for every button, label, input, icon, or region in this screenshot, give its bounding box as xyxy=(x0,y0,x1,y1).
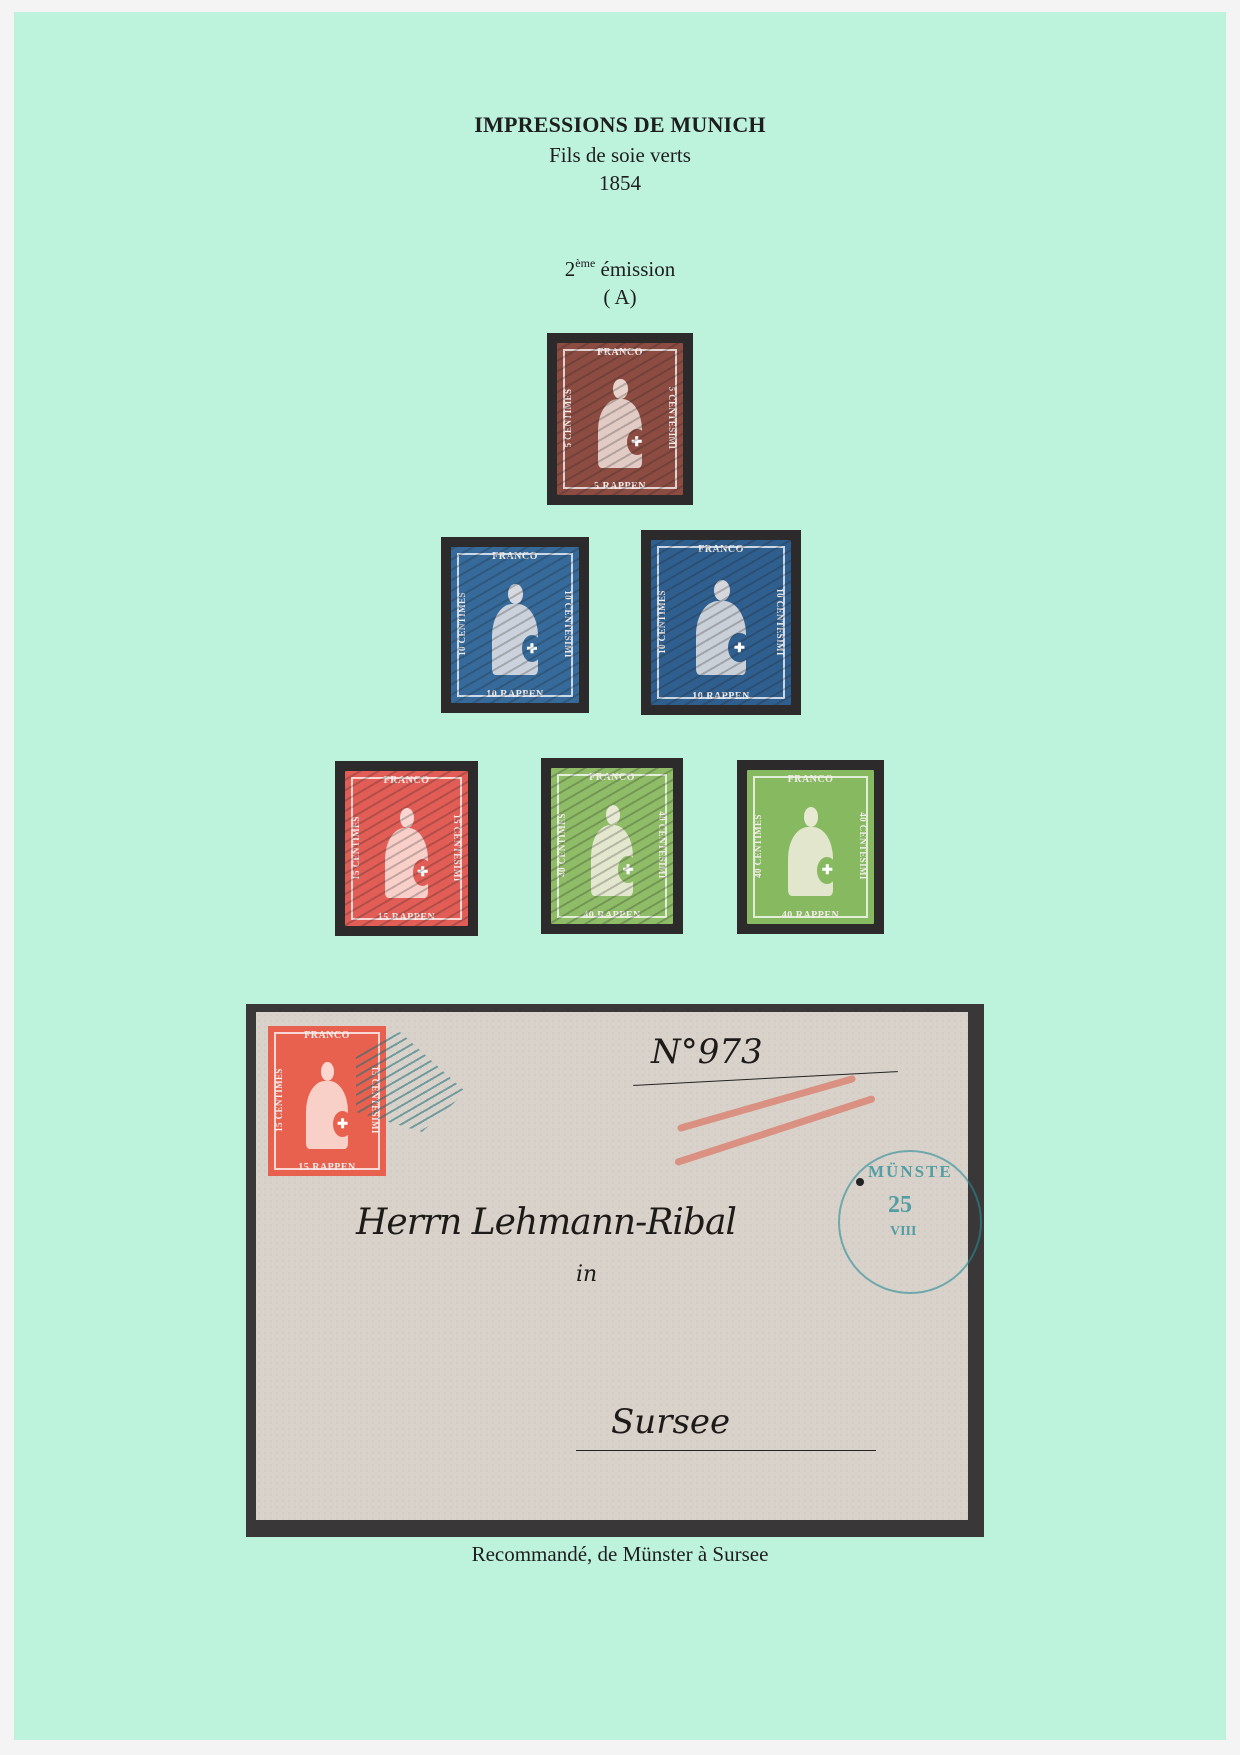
registration-number: N°973 xyxy=(651,1032,763,1072)
address-in: in xyxy=(576,1262,597,1287)
emission-number: 2 xyxy=(565,257,576,281)
grid-cancel-mark xyxy=(651,540,791,705)
registered-cover: FRANCO 15 CENTIMES 15 CENTESIMI ✚ 15 RAP… xyxy=(256,1012,968,1520)
emission-sup: ème xyxy=(575,256,595,270)
page-year: 1854 xyxy=(0,171,1240,196)
stamp-left-label: 15 CENTIMES xyxy=(274,1045,284,1155)
stamp-mount: FRANCO 40 CENTIMES 40 CENTESIMI ✚ 40 RAP… xyxy=(737,760,884,934)
helvetia-figure-icon: ✚ xyxy=(783,807,839,896)
stamp: FRANCO 10 CENTIMES 10 CENTESIMI ✚ 10 RAP… xyxy=(651,540,791,705)
grid-cancel-mark xyxy=(345,771,468,926)
stamp-value-label: 40 RAPPEN xyxy=(747,910,874,921)
postmark-town: MÜNSTE xyxy=(868,1162,953,1182)
emission-type: ( A) xyxy=(0,285,1240,310)
stamp-franco-label: FRANCO xyxy=(268,1030,386,1041)
stamp-left-label: 40 CENTIMES xyxy=(753,791,763,901)
swiss-cross-icon: ✚ xyxy=(333,1111,352,1137)
postmark: MÜNSTE 25 VIII xyxy=(838,1150,982,1294)
page-subtitle: Fils de soie verts xyxy=(0,143,1240,168)
cover-caption: Recommandé, de Münster à Sursee xyxy=(0,1542,1240,1567)
stamp: FRANCO 40 CENTIMES 40 CENTESIMI ✚ 40 RAP… xyxy=(551,768,673,924)
stamp: FRANCO 15 CENTIMES 15 CENTESIMI ✚ 15 RAP… xyxy=(345,771,468,926)
stamp-mount: FRANCO 10 CENTIMES 10 CENTESIMI ✚ 10 RAP… xyxy=(441,537,589,713)
grid-cancel-mark xyxy=(356,1032,466,1132)
page-title: IMPRESSIONS DE MUNICH xyxy=(0,112,1240,138)
stamp-mount: FRANCO 15 CENTIMES 15 CENTESIMI ✚ 15 RAP… xyxy=(335,761,478,936)
stamp-right-label: 40 CENTESIMI xyxy=(858,791,868,901)
postmark-month: VIII xyxy=(890,1224,916,1240)
address-line: Herrn Lehmann-Ribal xyxy=(356,1202,736,1243)
stamp-mount: FRANCO 40 CENTIMES 40 CENTESIMI ✚ 40 RAP… xyxy=(541,758,683,934)
postmark-day: 25 xyxy=(888,1192,912,1219)
stamp-value-label: 15 RAPPEN xyxy=(268,1162,386,1173)
grid-cancel-mark xyxy=(451,547,579,703)
helvetia-figure-icon: ✚ xyxy=(301,1062,353,1149)
red-crayon-mark xyxy=(674,1095,876,1167)
underline xyxy=(576,1450,876,1451)
emission-heading: 2ème émission xyxy=(0,256,1240,282)
red-crayon-mark xyxy=(677,1075,857,1133)
underline xyxy=(633,1071,898,1086)
stamp: FRANCO 10 CENTIMES 10 CENTESIMI ✚ 10 RAP… xyxy=(451,547,579,703)
stamp-mount: FRANCO 5 CENTIMES 5 CENTESIMI ✚ 5 RAPPEN xyxy=(547,333,693,505)
emission-label: émission xyxy=(601,257,676,281)
stamp-mount: FRANCO 10 CENTIMES 10 CENTESIMI ✚ 10 RAP… xyxy=(641,530,801,715)
grid-cancel-mark xyxy=(557,343,683,495)
cover-mount: FRANCO 15 CENTIMES 15 CENTESIMI ✚ 15 RAP… xyxy=(246,1004,984,1537)
swiss-cross-icon: ✚ xyxy=(817,857,837,884)
stamp: FRANCO 5 CENTIMES 5 CENTESIMI ✚ 5 RAPPEN xyxy=(557,343,683,495)
address-destination: Sursee xyxy=(611,1402,730,1442)
stamp-franco-label: FRANCO xyxy=(747,774,874,785)
stamp: FRANCO 40 CENTIMES 40 CENTESIMI ✚ 40 RAP… xyxy=(747,770,874,924)
grid-cancel-mark xyxy=(551,768,673,924)
